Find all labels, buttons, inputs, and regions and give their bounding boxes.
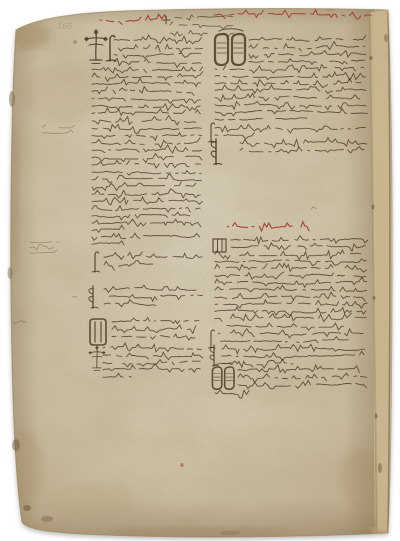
manuscript-svg: 165 xyxy=(0,0,400,541)
spot-6 xyxy=(370,56,373,60)
notarial-cross-top-stroke-2 xyxy=(96,33,97,60)
spot-14 xyxy=(220,531,240,536)
folio-number: 165 xyxy=(57,22,72,31)
spot-15 xyxy=(326,9,334,12)
spot-3 xyxy=(12,439,20,451)
spot-11 xyxy=(384,34,388,42)
spot-13 xyxy=(73,40,77,44)
manuscript-photo: 165 xyxy=(0,0,400,541)
spot-4 xyxy=(23,505,31,511)
spot-9 xyxy=(375,414,378,419)
parchment-page: 165 xyxy=(6,6,398,539)
spot-5 xyxy=(41,516,53,522)
spot-7 xyxy=(372,205,375,210)
spot-2 xyxy=(8,267,13,279)
spot-8 xyxy=(373,296,376,300)
spot-12 xyxy=(180,463,184,467)
spot-10 xyxy=(378,463,382,473)
edge-vignette-left xyxy=(8,6,38,538)
edge-vignette-right xyxy=(344,6,374,538)
edge-vignette-bottom xyxy=(8,498,398,538)
corner-fold-shadow xyxy=(6,26,46,50)
spot-1 xyxy=(9,91,15,107)
